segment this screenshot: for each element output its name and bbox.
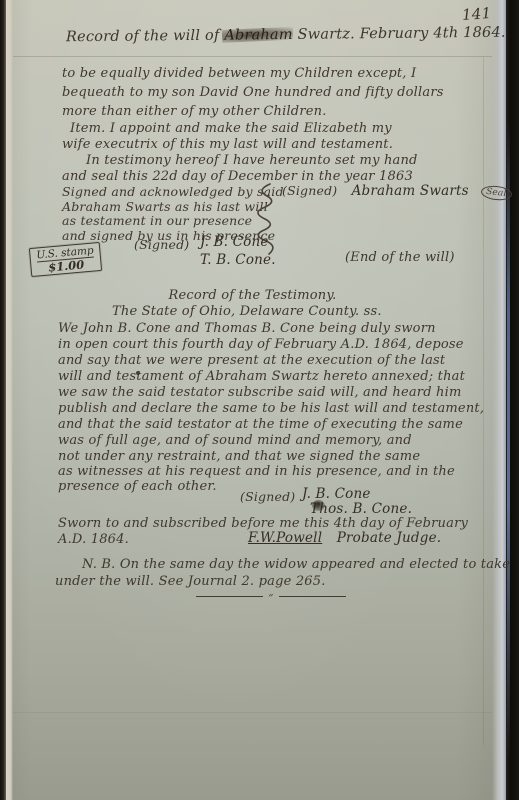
testimony-line: in open court this fourth day of Februar… bbox=[58, 337, 464, 352]
witness-signed-label: (Signed) bbox=[134, 237, 189, 252]
witness-signature: T. B. Cone. bbox=[200, 252, 276, 268]
page-number: 141 bbox=[461, 4, 491, 24]
will-line: more than either of my other Children. bbox=[62, 104, 327, 119]
testimony-witness-signature: J. B. Cone bbox=[302, 486, 371, 502]
sworn-date: A.D. 1864. bbox=[58, 532, 129, 547]
sheet-impression-bottom bbox=[13, 712, 492, 713]
section-divider: „ bbox=[196, 594, 346, 598]
page-edge-right bbox=[492, 0, 506, 800]
will-line: to be equally divided between my Childre… bbox=[62, 66, 416, 81]
record-title-suffix: Swartz. February 4th 1864. bbox=[293, 25, 506, 43]
testimony-line: and say that we were present at the exec… bbox=[58, 353, 445, 368]
signed-label: (Signed) bbox=[282, 183, 337, 198]
seal-mark: Seal bbox=[480, 184, 512, 201]
record-title-prefix: Record of the will of bbox=[66, 28, 224, 46]
divider-mark: „ bbox=[263, 587, 278, 598]
sworn-line: Sworn to and subscribed before me this 4… bbox=[58, 516, 468, 531]
testimony-signed-label: (Signed) bbox=[240, 489, 295, 504]
will-line: and seal this 22d day of December in the… bbox=[62, 169, 413, 184]
testimony-line: We John B. Cone and Thomas B. Cone being… bbox=[58, 321, 436, 336]
testator-signature-row: (Signed) Abraham Swarts Seal bbox=[282, 183, 511, 200]
attestation-line: Abraham Swarts as his last will bbox=[62, 199, 268, 214]
struck-name: Abraham bbox=[224, 27, 293, 44]
revenue-stamp-box: U.S. stamp $1.00 bbox=[29, 242, 103, 277]
divider-line bbox=[279, 596, 346, 597]
attestation-line: as testament in our presence bbox=[62, 213, 252, 228]
record-title: Record of the will of Abraham Swartz. Fe… bbox=[66, 25, 506, 46]
sheet-impression-top bbox=[13, 56, 492, 57]
witness-signature: J. B. Cone bbox=[200, 234, 269, 250]
attestation-line: Signed and acknowledged by said bbox=[62, 184, 284, 199]
page-edge-left bbox=[6, 0, 13, 800]
testimony-line: as witnesses at his request and in his p… bbox=[58, 464, 455, 479]
testimony-line: and that the said testator at the time o… bbox=[58, 417, 463, 432]
nota-bene-line: N. B. On the same day the widow appeared… bbox=[82, 557, 510, 572]
testator-signature: Abraham Swarts bbox=[352, 183, 469, 199]
testimony-subheading: The State of Ohio, Delaware County. ss. bbox=[112, 304, 382, 319]
testimony-witness-signature: Thos. B. Cone. bbox=[310, 501, 412, 517]
testimony-line: will and testament of Abraham Swartz her… bbox=[58, 369, 465, 384]
will-line: wife executrix of this my last will and … bbox=[62, 137, 393, 152]
testimony-heading: Record of the Testimony. bbox=[0, 288, 505, 303]
nota-bene-line: under the will. See Journal 2. page 265. bbox=[55, 574, 326, 589]
judge-signature: F.W.Powell Probate Judge. bbox=[248, 530, 441, 546]
testimony-line: not under any restraint, and that we sig… bbox=[58, 449, 420, 464]
end-of-will-note: (End of the will) bbox=[345, 250, 455, 265]
judge-title: Probate Judge. bbox=[337, 530, 442, 546]
divider-line bbox=[196, 596, 263, 597]
ink-blot bbox=[312, 500, 325, 511]
ledger-page: 141 Record of the will of Abraham Swartz… bbox=[0, 0, 519, 800]
will-line: Item. I appoint and make the said Elizab… bbox=[70, 121, 392, 136]
will-line: In testimony hereof I have hereunto set … bbox=[86, 153, 418, 168]
testimony-line: was of full age, and of sound mind and m… bbox=[58, 433, 412, 448]
testimony-line: presence of each other. bbox=[58, 479, 217, 494]
adjacent-page-glint bbox=[507, 120, 510, 760]
testimony-line: publish and declare the same to be his l… bbox=[58, 401, 484, 416]
will-line: bequeath to my son David One hundred and… bbox=[62, 85, 444, 100]
testimony-line: we saw the said testator subscribe said … bbox=[58, 385, 462, 400]
